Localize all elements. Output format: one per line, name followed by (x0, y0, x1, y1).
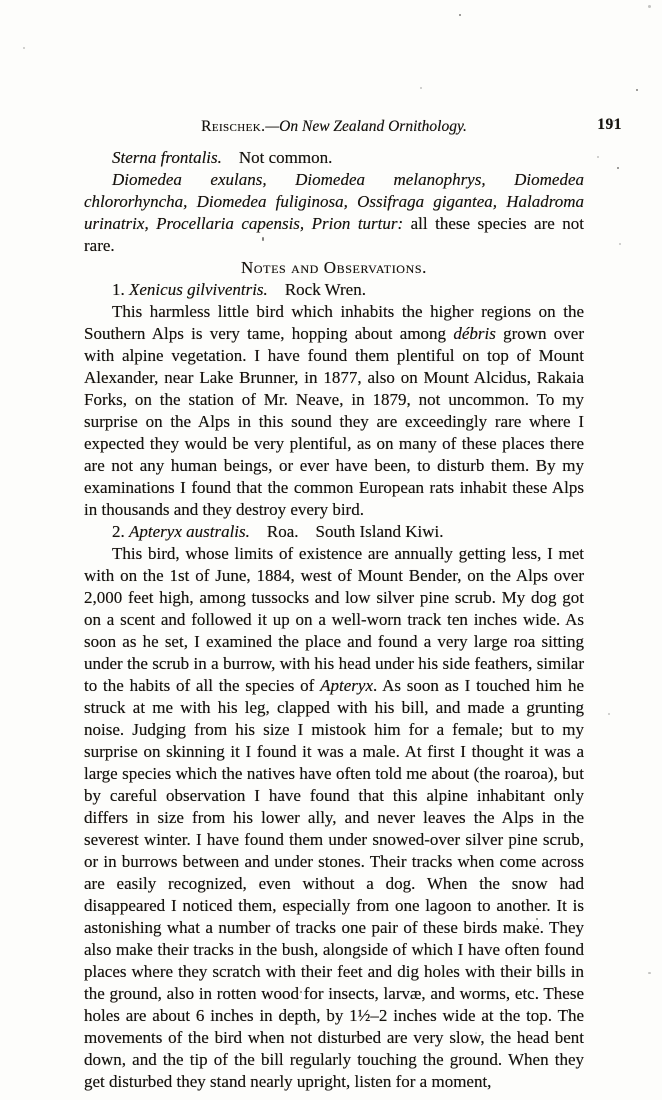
section-heading: Notes and Observations. (84, 257, 584, 279)
scan-speck (459, 14, 461, 16)
scanned-page: Reischek.—On New Zealand Ornithology. 19… (0, 0, 662, 1100)
scan-speck (636, 89, 638, 91)
scan-speck (420, 87, 422, 89)
running-title: Reischek.—On New Zealand Ornithology. (201, 118, 467, 135)
scan-speck (597, 156, 599, 158)
text-block: Sterna frontalis. Not common. Diomedea e… (84, 147, 584, 1093)
entry-1-heading: 1. Xenicus gilviventris. Rock Wren. (84, 279, 584, 301)
running-title-author: Reischek. (201, 118, 265, 135)
running-title-text: —On New Zealand Ornithology. (265, 118, 467, 135)
page-number: 191 (597, 116, 622, 134)
entry-2-heading: 2. Apteryx australis. Roa. South Island … (84, 521, 584, 543)
scan-speck (617, 167, 619, 169)
entry-1-paragraph: This harmless little bird which inhabits… (84, 301, 584, 521)
scan-speck (648, 5, 651, 8)
entry-2-paragraph: This bird, whose limits of existence are… (84, 543, 584, 1093)
scan-speck (608, 713, 610, 715)
scan-speck (23, 47, 25, 49)
intro-line: Sterna frontalis. Not common. (84, 147, 584, 169)
scan-speck (619, 243, 621, 245)
scan-speck (648, 972, 651, 974)
species-list-paragraph: Diomedea exulans, Diomedea melanophrys, … (84, 169, 584, 257)
running-header: Reischek.—On New Zealand Ornithology. 19… (84, 118, 584, 136)
